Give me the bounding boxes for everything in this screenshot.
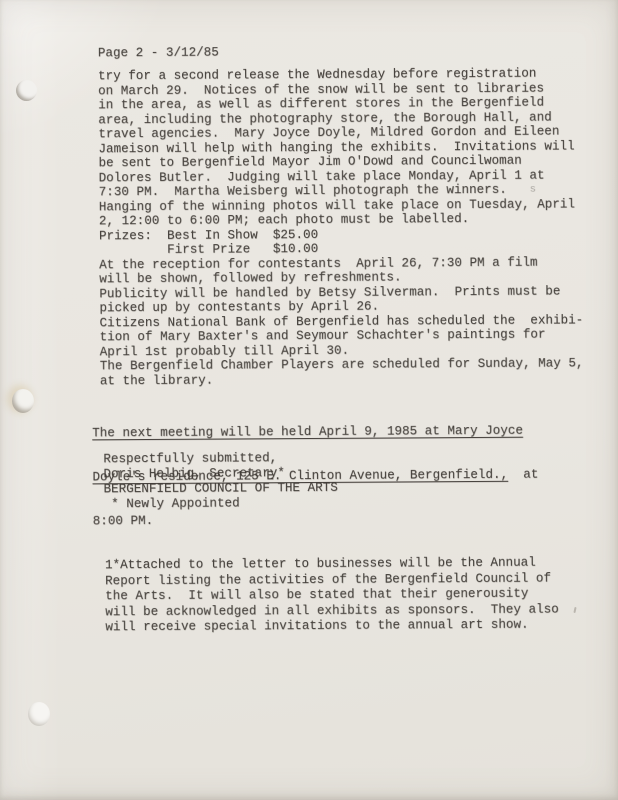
next-meeting-line-1-text: The next meeting will be held April 9, 1… xyxy=(92,424,523,441)
next-meeting-line-3: 8:00 PM. xyxy=(93,512,539,530)
next-meeting-line-2-rest: at xyxy=(508,468,538,482)
body-text: try for a second release the Wednesday b… xyxy=(98,66,584,388)
footnote-paragraph: 1*Attached to the letter to businesses w… xyxy=(105,555,559,636)
page-header: Page 2 - 3/12/85 xyxy=(98,46,219,61)
typed-text-layer: Page 2 - 3/12/85 try for a second releas… xyxy=(0,0,618,800)
scanned-letter-page: Page 2 - 3/12/85 try for a second releas… xyxy=(0,0,618,800)
next-meeting-line-1: The next meeting will be held April 9, 1… xyxy=(92,424,538,442)
stray-typed-mark: s xyxy=(530,184,536,196)
signature-block: Respectfully submitted, Doris Helbig, Se… xyxy=(103,451,338,512)
